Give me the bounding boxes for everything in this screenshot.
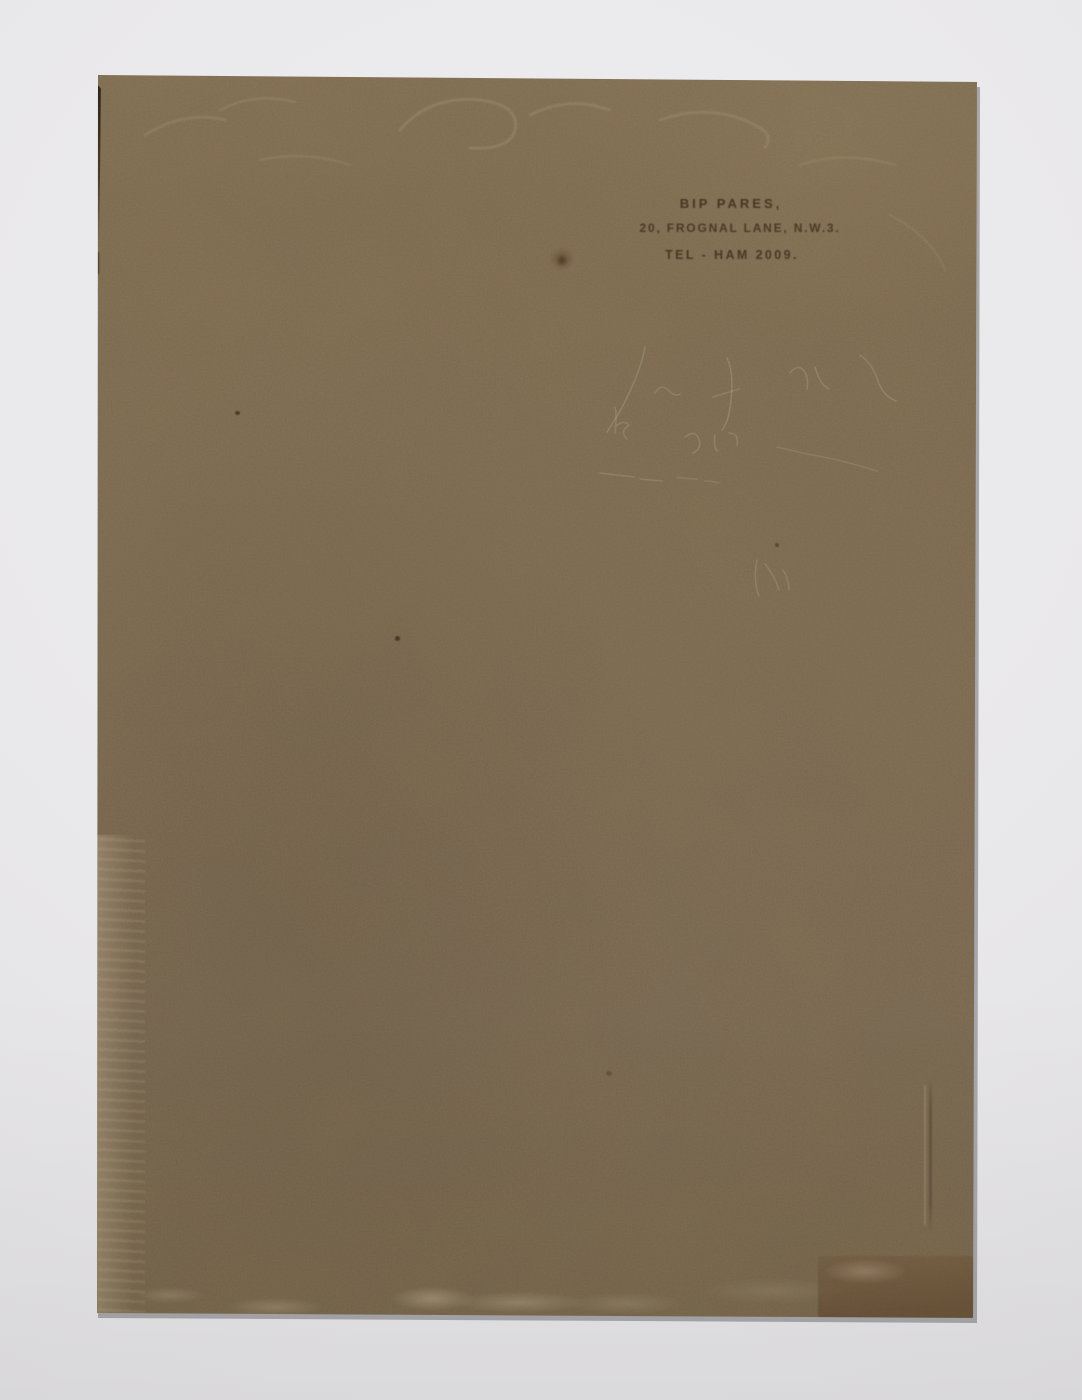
- dark-speck: [606, 1071, 612, 1076]
- dark-edge-sliver: [95, 82, 101, 247]
- glue-swirl-marks: [100, 75, 977, 275]
- board-mottle-texture: [0, 0, 1082, 1400]
- pencil-inscription: [555, 325, 955, 615]
- board-verso: BIP PARES, 20, FROGNAL LANE, N.W.3. TEL …: [0, 0, 1082, 1400]
- photo-backdrop: BIP PARES, 20, FROGNAL LANE, N.W.3. TEL …: [0, 0, 1082, 1400]
- left-edge-scuff: [97, 835, 145, 1318]
- stamp-address: 20, FROGNAL LANE, N.W.3.: [640, 221, 841, 235]
- dark-speck: [395, 636, 400, 641]
- board-grain-texture: [0, 0, 1082, 1400]
- dark-speck: [235, 411, 240, 415]
- dark-speck: [775, 543, 779, 547]
- tape-residue-mark: [818, 1256, 975, 1318]
- stamp-name: BIP PARES,: [680, 196, 782, 211]
- vertical-scratch: [929, 1078, 932, 1234]
- edge-nick: [94, 252, 99, 274]
- stamp-telephone: TEL - HAM 2009.: [665, 248, 799, 262]
- edge-shading-overlay: [0, 0, 1082, 1400]
- vertical-scratch-highlight: [924, 1085, 926, 1225]
- ink-stain-spot: [545, 243, 579, 275]
